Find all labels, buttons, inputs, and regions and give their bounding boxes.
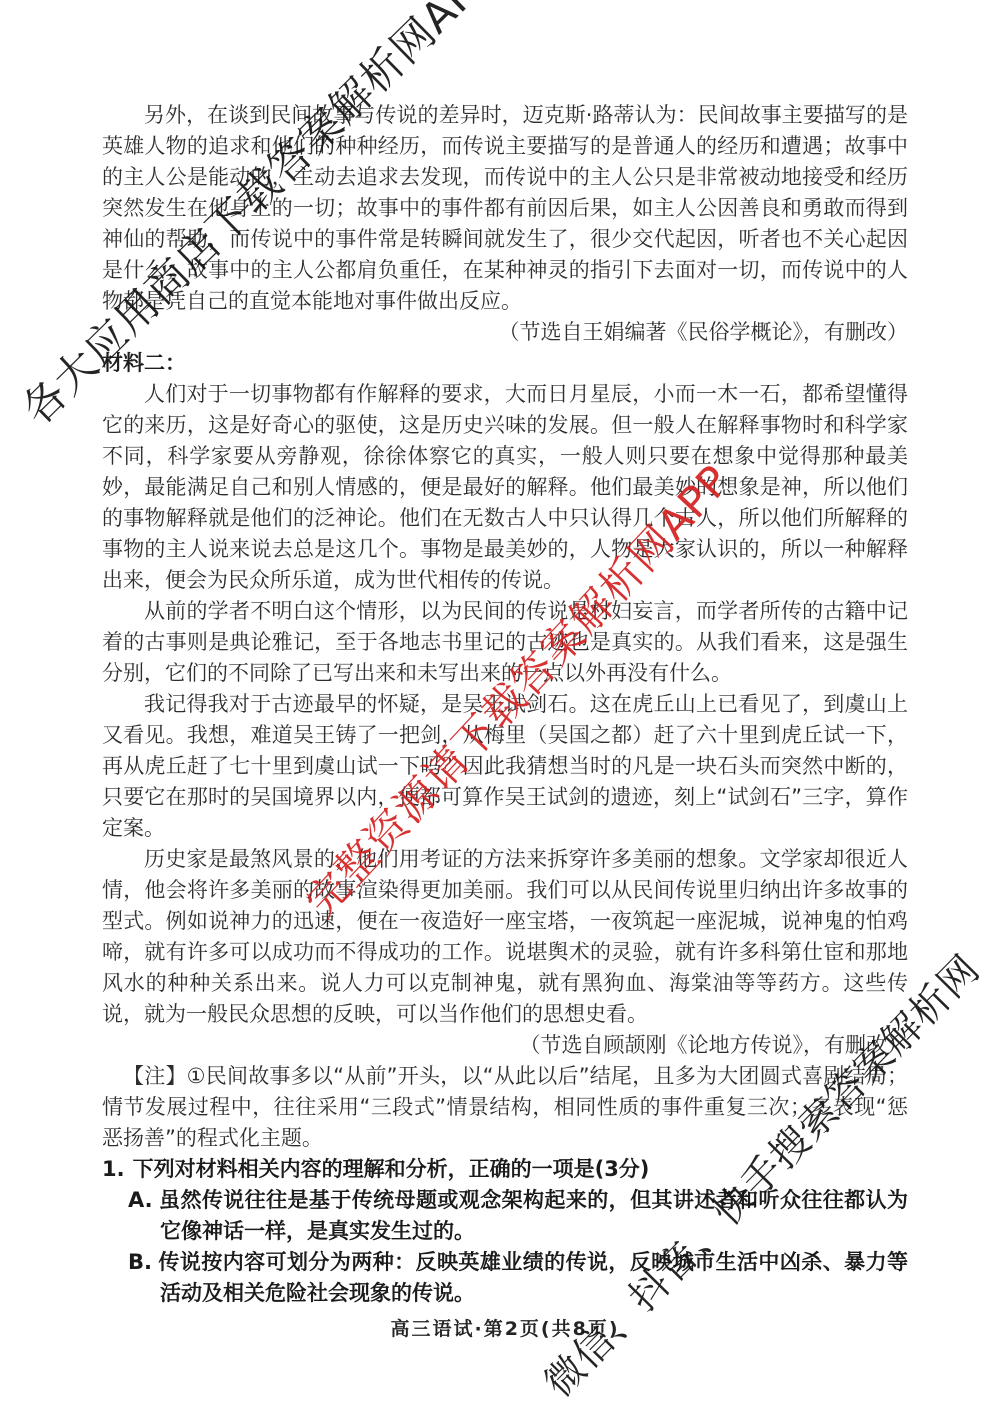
option-a-label: A. — [128, 1188, 153, 1212]
material-two-attribution: （节选自顾颉刚《论地方传说》，有删改） — [102, 1030, 908, 1061]
option-b-text: 传说按内容可划分为两种：反映英雄业绩的传说，反映城市生活中凶杀、暴力等活动及相关… — [158, 1250, 908, 1305]
question-1-text: 下列对材料相关内容的理解和分析，正确的一项是(3分) — [133, 1157, 650, 1181]
question-1-option-a: A.虽然传说往往是基于传统母题或观念架构起来的，但其讲述者和听众往往都认为它像神… — [128, 1185, 908, 1247]
option-b-label: B. — [128, 1250, 152, 1274]
question-1-number: 1. — [102, 1157, 125, 1181]
material-two-label: 材料二： — [102, 348, 908, 379]
option-a-text: 虽然传说往往是基于传统母题或观念架构起来的，但其讲述者和听众往往都认为它像神话一… — [159, 1188, 908, 1243]
question-1: 1.下列对材料相关内容的理解和分析，正确的一项是(3分) A.虽然传说往往是基于… — [102, 1154, 908, 1309]
exam-page: 另外，在谈到民间故事与传说的差异时，迈克斯·路蒂认为：民间故事主要描写的是英雄人… — [0, 0, 1000, 1414]
material-one-paragraph: 另外，在谈到民间故事与传说的差异时，迈克斯·路蒂认为：民间故事主要描写的是英雄人… — [102, 100, 908, 317]
material-two-paragraph-1: 人们对于一切事物都有作解释的要求，大而日月星辰，小而一木一石，都希望懂得它的来历… — [102, 379, 908, 596]
exam-content: 另外，在谈到民间故事与传说的差异时，迈克斯·路蒂认为：民间故事主要描写的是英雄人… — [102, 100, 908, 1364]
material-two-paragraph-3: 我记得我对于古迹最早的怀疑，是吴王试剑石。这在虎丘山上已看见了，到虞山上又看见。… — [102, 689, 908, 844]
page-footer: 高三语试·第2页(共8页) — [102, 1314, 908, 1345]
note-paragraph: 【注】①民间故事多以“从前”开头，以“从此以后”结尾，且多为大团圆式喜剧结局；情… — [102, 1061, 908, 1154]
material-one-attribution: （节选自王娟编著《民俗学概论》，有删改） — [102, 317, 908, 348]
material-two-paragraph-4: 历史家是最煞风景的，他们用考证的方法来拆穿许多美丽的想象。文学家却很近人情，他会… — [102, 844, 908, 1030]
material-two-paragraph-2: 从前的学者不明白这个情形，以为民间的传说是村妇妄言，而学者所传的古籍中记着的古事… — [102, 596, 908, 689]
question-1-stem: 1.下列对材料相关内容的理解和分析，正确的一项是(3分) — [102, 1154, 908, 1185]
question-1-option-b: B.传说按内容可划分为两种：反映英雄业绩的传说，反映城市生活中凶杀、暴力等活动及… — [128, 1247, 908, 1309]
